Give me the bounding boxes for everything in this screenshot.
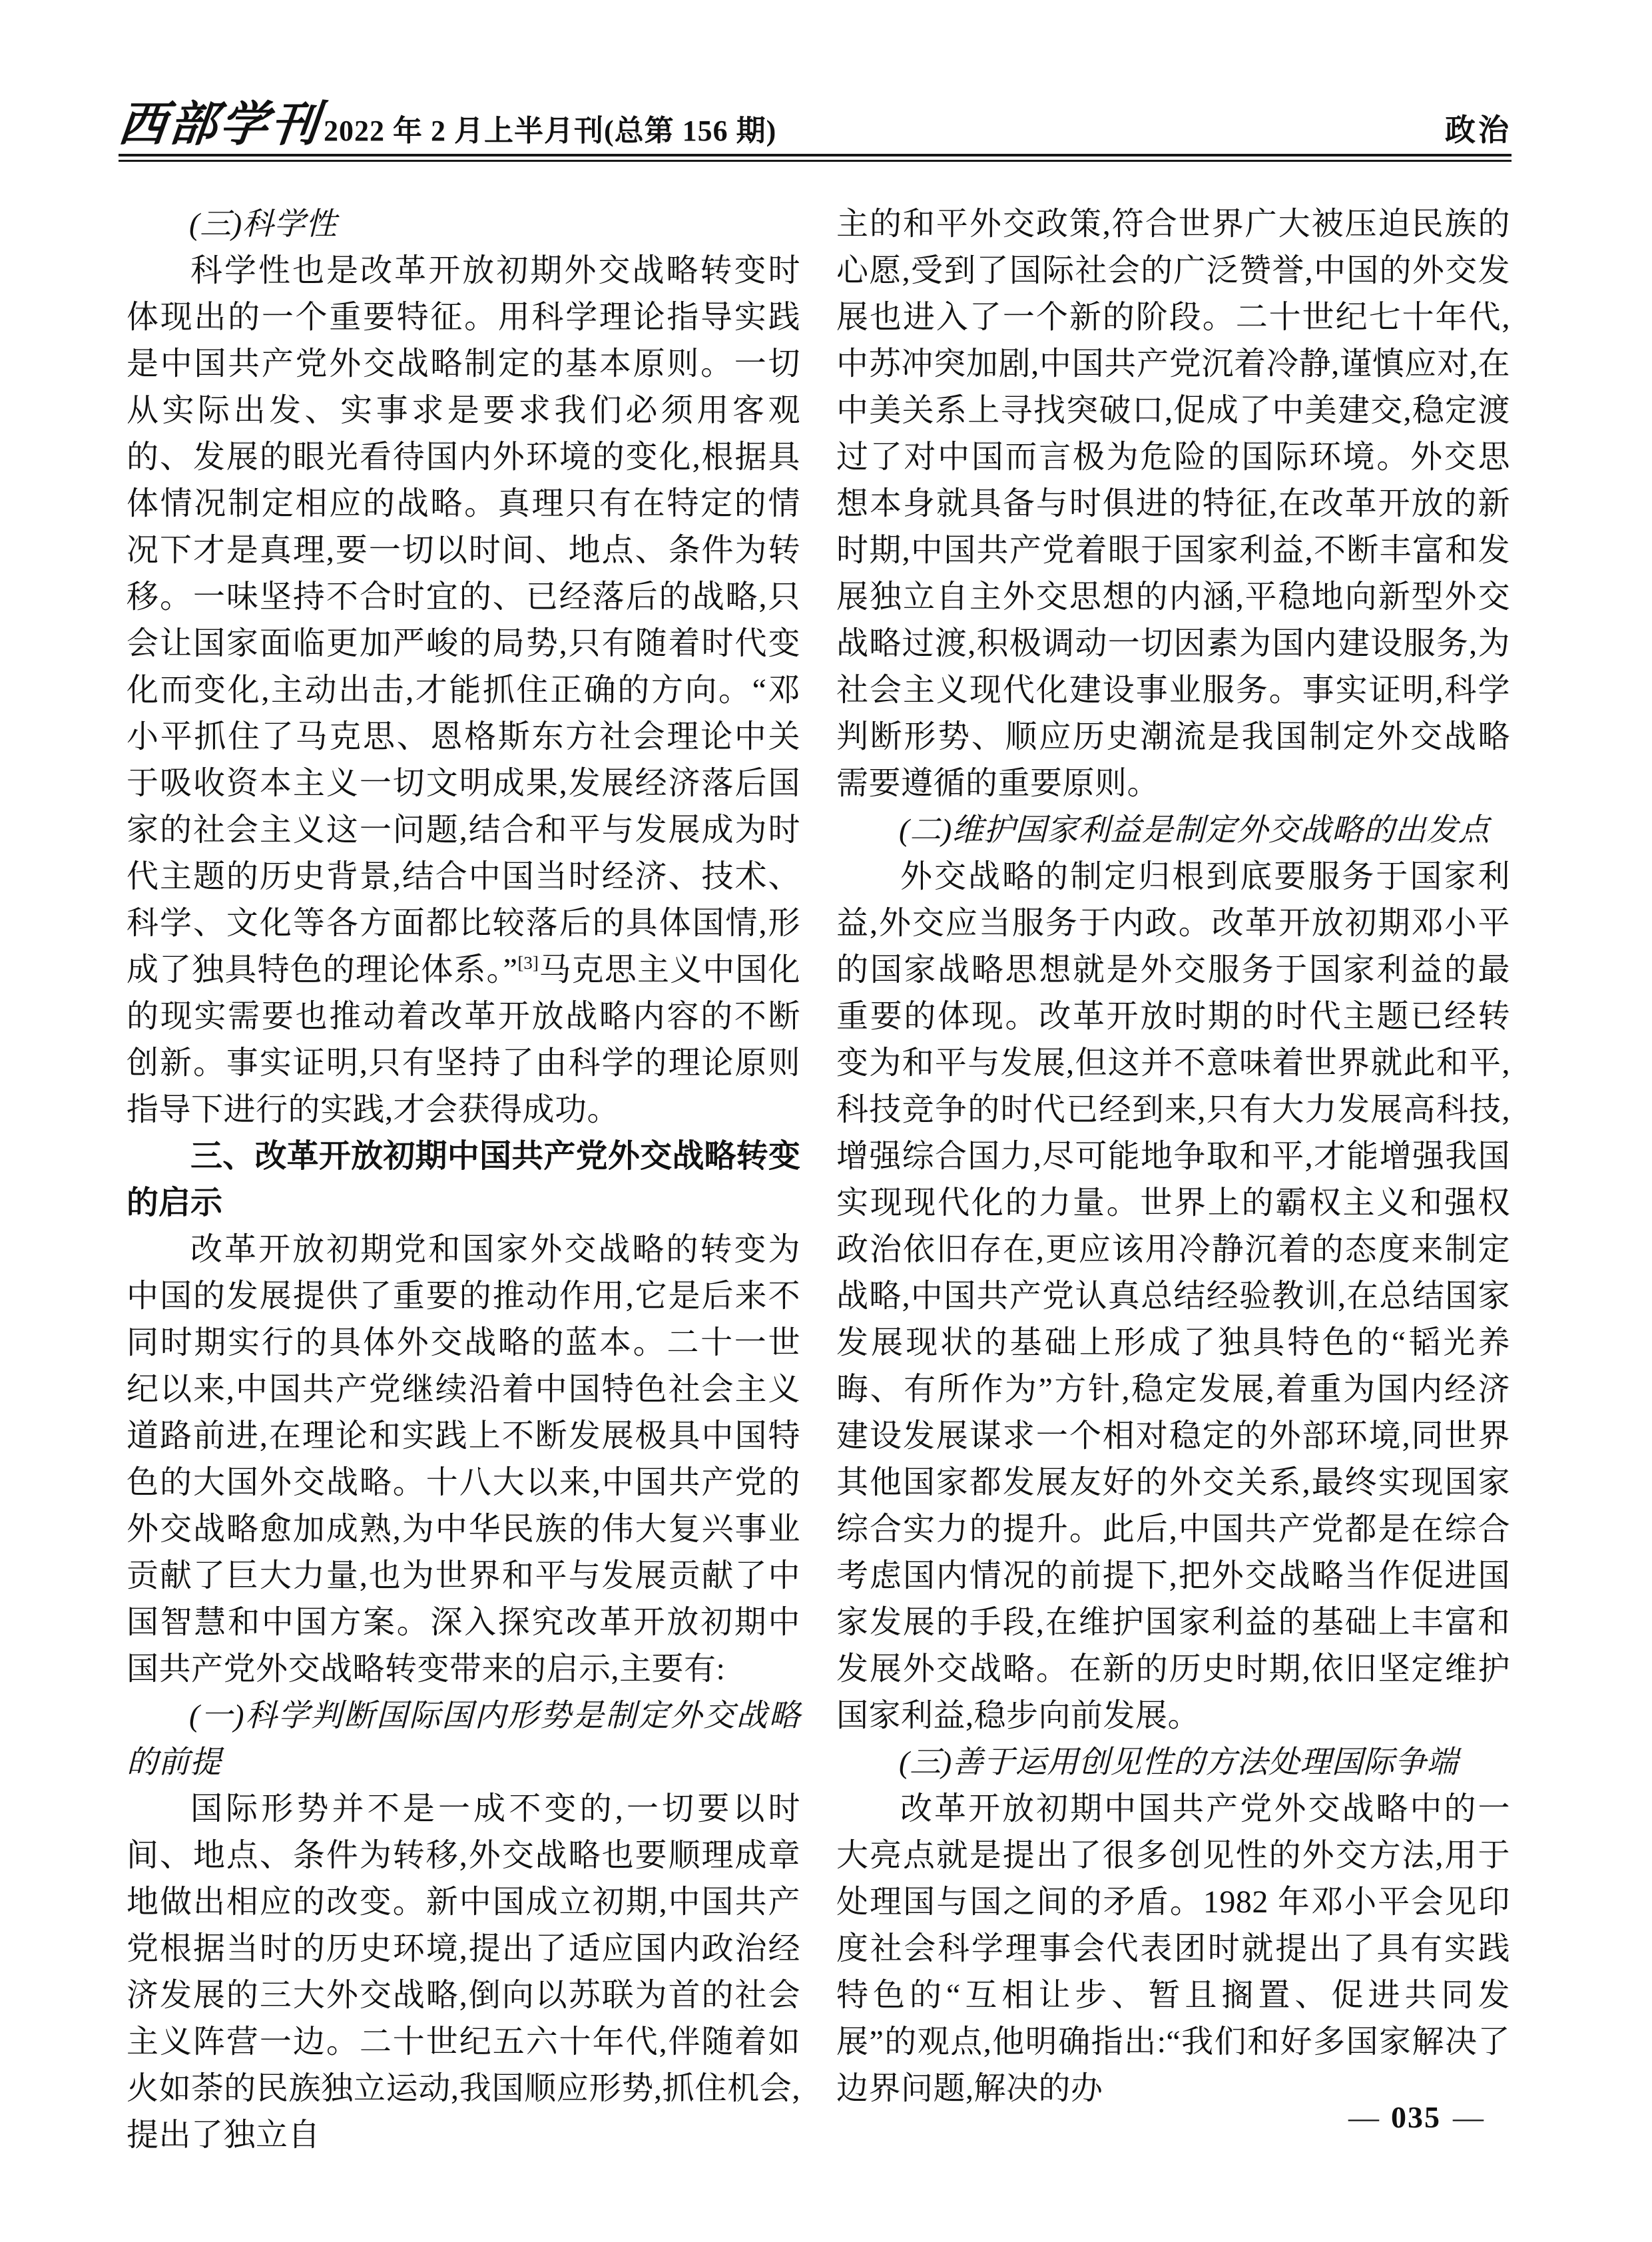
paragraph: 改革开放初期党和国家外交战略的转变为中国的发展提供了重要的推动作用,它是后来不同… xyxy=(127,1227,800,1693)
footer-left-dash: — xyxy=(1336,2100,1391,2134)
paragraph: 主的和平外交政策,符合世界广大被压迫民族的心愿,受到了国际社会的广泛赞誉,中国的… xyxy=(836,201,1510,807)
issue-info: 2022 年 2 月上半月刊(总第 156 期) xyxy=(324,107,776,149)
page-number: 035 xyxy=(1391,2100,1441,2134)
section-label: 政治 xyxy=(1445,106,1512,150)
journal-logo: 西部学刊 xyxy=(116,99,324,150)
paragraph: 外交战略的制定归根到底要服务于国家利益,外交应当服务于内政。改革开放初期邓小平的… xyxy=(836,854,1510,1739)
subsection-heading: (三)科学性 xyxy=(127,201,800,248)
column-left: (三)科学性科学性也是改革开放初期外交战略转变时体现出的一个重要特征。用科学理论… xyxy=(127,201,800,2159)
article-body: (三)科学性科学性也是改革开放初期外交战略转变时体现出的一个重要特征。用科学理论… xyxy=(127,201,1510,2159)
footnote-reference: [3] xyxy=(517,953,538,973)
subsection-heading: (一)科学判断国际国内形势是制定外交战略的前提 xyxy=(127,1693,800,1786)
page-header: 西部学刊 2022 年 2 月上半月刊(总第 156 期) 政治 xyxy=(119,99,1512,150)
header-divider xyxy=(119,154,1512,162)
footer-right-dash: — xyxy=(1441,2100,1496,2134)
paragraph: 国际形势并不是一成不变的,一切要以时间、地点、条件为转移,外交战略也要顺理成章地… xyxy=(127,1786,800,2159)
subsection-heading: (二)维护国家利益是制定外交战略的出发点 xyxy=(836,807,1510,854)
journal-page: 西部学刊 2022 年 2 月上半月刊(总第 156 期) 政治 (三)科学性科… xyxy=(0,0,1652,2242)
subsection-heading: (三)善于运用创见性的方法处理国际争端 xyxy=(836,1739,1510,1786)
paragraph: 改革开放初期中国共产党外交战略中的一大亮点就是提出了很多创见性的外交方法,用于处… xyxy=(836,1786,1510,2112)
column-right: 主的和平外交政策,符合世界广大被压迫民族的心愿,受到了国际社会的广泛赞誉,中国的… xyxy=(836,201,1510,2159)
paragraph: 科学性也是改革开放初期外交战略转变时体现出的一个重要特征。用科学理论指导实践是中… xyxy=(127,248,800,1133)
page-footer: —035— xyxy=(1336,2099,1496,2136)
section-heading: 三、改革开放初期中国共产党外交战略转变的启示 xyxy=(127,1133,800,1227)
